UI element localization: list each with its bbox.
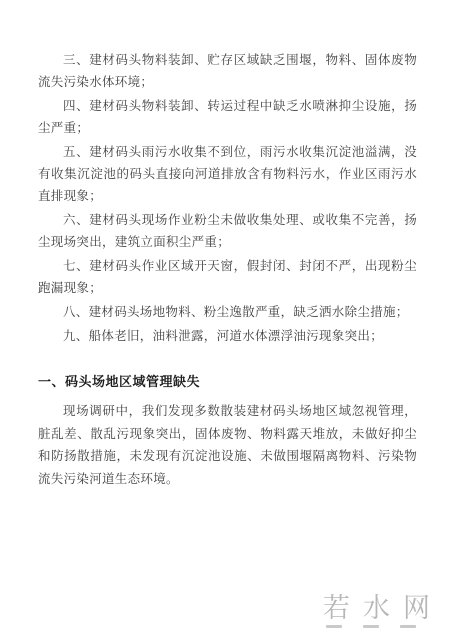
list-item-8: 八、建材码头场地物料、粉尘逸散严重，缺乏洒水除尘措施； bbox=[38, 301, 417, 323]
section-paragraph: 现场调研中，我们发现多数散装建材码头场地区域忽视管理，脏乱差、散乱污现象突出，固… bbox=[38, 400, 417, 490]
watermark-smudge bbox=[363, 625, 379, 628]
list-item-7: 七、建材码头作业区域开天窗，假封闭、封闭不严，出现粉尘跑漏现象； bbox=[38, 255, 417, 299]
watermark-smudge bbox=[326, 625, 342, 628]
watermark-smudge bbox=[400, 625, 416, 628]
document-page: 三、建材码头物料装卸、贮存区域缺乏围堰，物料、固体废物流失污染水体环境； 四、建… bbox=[0, 0, 450, 636]
document-body: 三、建材码头物料装卸、贮存区域缺乏围堰，物料、固体废物流失污染水体环境； 四、建… bbox=[38, 49, 417, 490]
list-item-4: 四、建材码头物料装卸、转运过程中缺乏水喷淋抑尘设施，扬尘严重； bbox=[38, 95, 417, 139]
section-heading: 一、码头场地区域管理缺失 bbox=[38, 373, 417, 391]
watermark-text: 若水网 bbox=[323, 594, 443, 622]
list-item-5: 五、建材码头雨污水收集不到位，雨污水收集沉淀池溢满，没有收集沉淀池的码头直接向河… bbox=[38, 141, 417, 207]
watermark: 若水网 bbox=[323, 594, 443, 628]
list-item-6: 六、建材码头现场作业粉尘未做收集处理、或收集不完善，扬尘现场突出，建筑立面积尘严… bbox=[38, 209, 417, 253]
watermark-subtext bbox=[323, 625, 443, 628]
list-item-9: 九、船体老旧，油料泄露，河道水体漂浮油污现象突出； bbox=[38, 325, 417, 347]
list-item-3: 三、建材码头物料装卸、贮存区域缺乏围堰，物料、固体废物流失污染水体环境； bbox=[38, 49, 417, 93]
